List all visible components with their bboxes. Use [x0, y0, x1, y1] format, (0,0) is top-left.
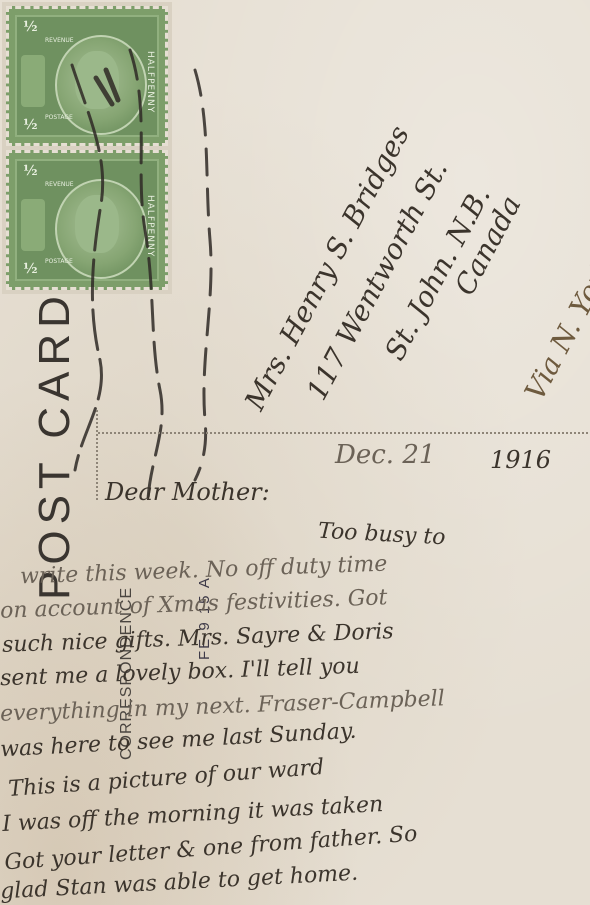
message-salutation: Dear Mother:: [105, 478, 270, 506]
date-year: 1916: [490, 446, 551, 474]
date-day: Dec. 21: [335, 440, 435, 470]
post-card-heading: POST CARD: [30, 290, 80, 600]
address-divider: [98, 432, 588, 434]
postcard-back: ½ ½ REVENUE POSTAGE HALFPENNY ½ ½ REVENU…: [0, 0, 590, 905]
vertical-divider: [96, 410, 98, 500]
